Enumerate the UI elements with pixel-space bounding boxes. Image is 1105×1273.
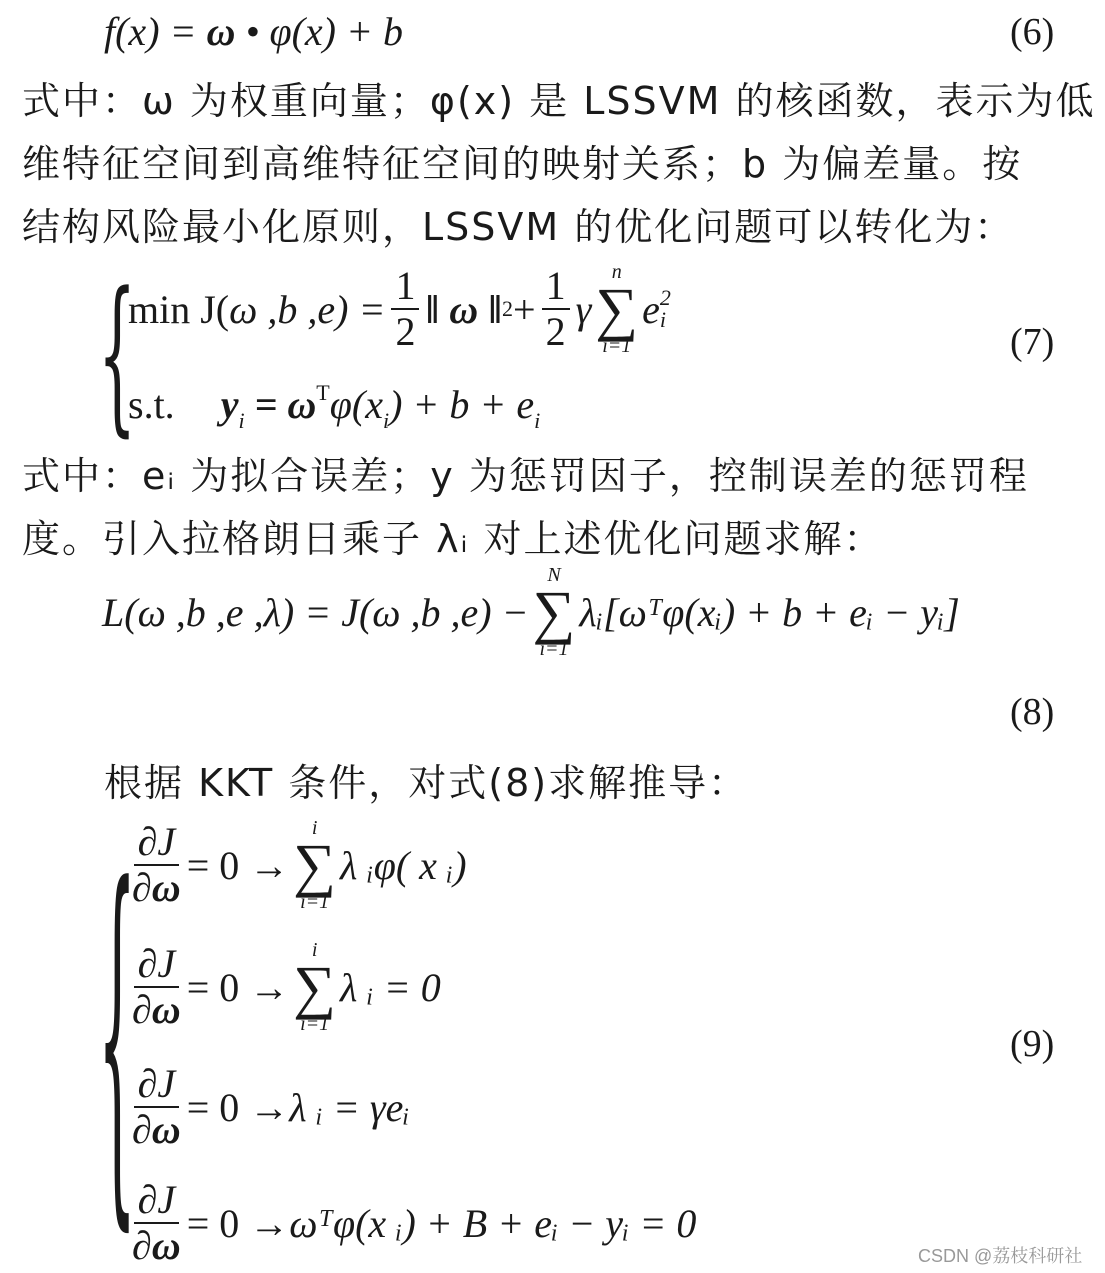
paragraph-2-line-2: 度。引入拉格朗日乘子 λᵢ 对上述优化问题求解：: [22, 508, 883, 563]
equation-number-6: (6): [1010, 10, 1054, 54]
equation-7-row-2: s.t.yi = ωTφ(xi) + b + ei: [128, 380, 540, 434]
eq7-min: min J(: [128, 286, 229, 333]
equation-8: L(ω ,b ,e ,λ) = J(ω ,b ,e) − N∑i=1 λᵢ[ωᵀ…: [102, 565, 960, 659]
equation-9-row-1: ∂J∂ω = 0 → i∑i=1 λ ᵢφ( x ᵢ): [126, 818, 467, 912]
equation-9-row-4: ∂J∂ω = 0 → ωᵀφ(x ᵢ) + B + eᵢ − yᵢ = 0: [126, 1178, 696, 1268]
paragraph-1-line-2: 维特征空间到高维特征空间的映射关系；b 为偏差量。按: [22, 133, 1022, 188]
eq7-plus: +: [513, 286, 536, 333]
eq8-lhs: L(ω ,b ,e ,λ) = J(ω ,b ,e) −: [102, 589, 529, 636]
watermark: CSDN @荔枝科研社: [918, 1242, 1082, 1268]
summation: N∑i=1: [533, 565, 576, 659]
summation: n∑i=1: [595, 262, 638, 356]
summation: i∑i=1: [293, 818, 336, 912]
partial-fraction: ∂J∂ω: [132, 1062, 181, 1152]
eq7-args: ω ,b ,e) =: [229, 286, 385, 333]
equation-9-row-2: ∂J∂ω = 0 → i∑i=1 λ ᵢ = 0: [126, 940, 441, 1034]
fraction-half: 12: [391, 264, 419, 354]
eq8-rhs: λᵢ[ωᵀφ(xᵢ) + b + eᵢ − yᵢ]: [579, 589, 959, 636]
equation-6: f(x) = ω • φ(x) + b: [104, 8, 403, 55]
eq6-omega: ω: [207, 9, 236, 54]
eq6-rest: • φ(x) + b: [235, 9, 403, 54]
paragraph-1-line-3: 结构风险最小化原则，LSSVM 的优化问题可以转化为：: [22, 196, 1014, 251]
equation-9-row-3: ∂J∂ω = 0 → λ ᵢ = γeᵢ: [126, 1062, 410, 1152]
paragraph-2-line-1: 式中：eᵢ 为拟合误差；y 为惩罚因子，控制误差的惩罚程: [22, 445, 1029, 500]
fraction-half-2: 12: [542, 264, 570, 354]
equation-number-7: (7): [1010, 320, 1054, 364]
eq6-lhs: f(x) =: [104, 9, 207, 54]
partial-fraction: ∂J∂ω: [132, 1178, 181, 1268]
paragraph-1-line-1: 式中：ω 为权重向量；φ(x) 是 LSSVM 的核函数，表示为低: [22, 70, 1096, 125]
eq7-gamma: γ: [576, 286, 592, 333]
equation-7-row-1: min J( ω ,b ,e) = 12 ‖ ω ‖2 + 12 γ n∑i=1…: [128, 262, 671, 356]
eq7-norm: ‖ ω ‖: [425, 286, 502, 333]
paragraph-3-line-1: 根据 KKT 条件，对式(8)求解推导：: [104, 752, 748, 807]
equation-number-8: (8): [1010, 690, 1054, 734]
partial-fraction: ∂J∂ω: [132, 942, 181, 1032]
summation: i∑i=1: [293, 940, 336, 1034]
partial-fraction: ∂J∂ω: [132, 820, 181, 910]
equation-number-9: (9): [1010, 1022, 1054, 1066]
